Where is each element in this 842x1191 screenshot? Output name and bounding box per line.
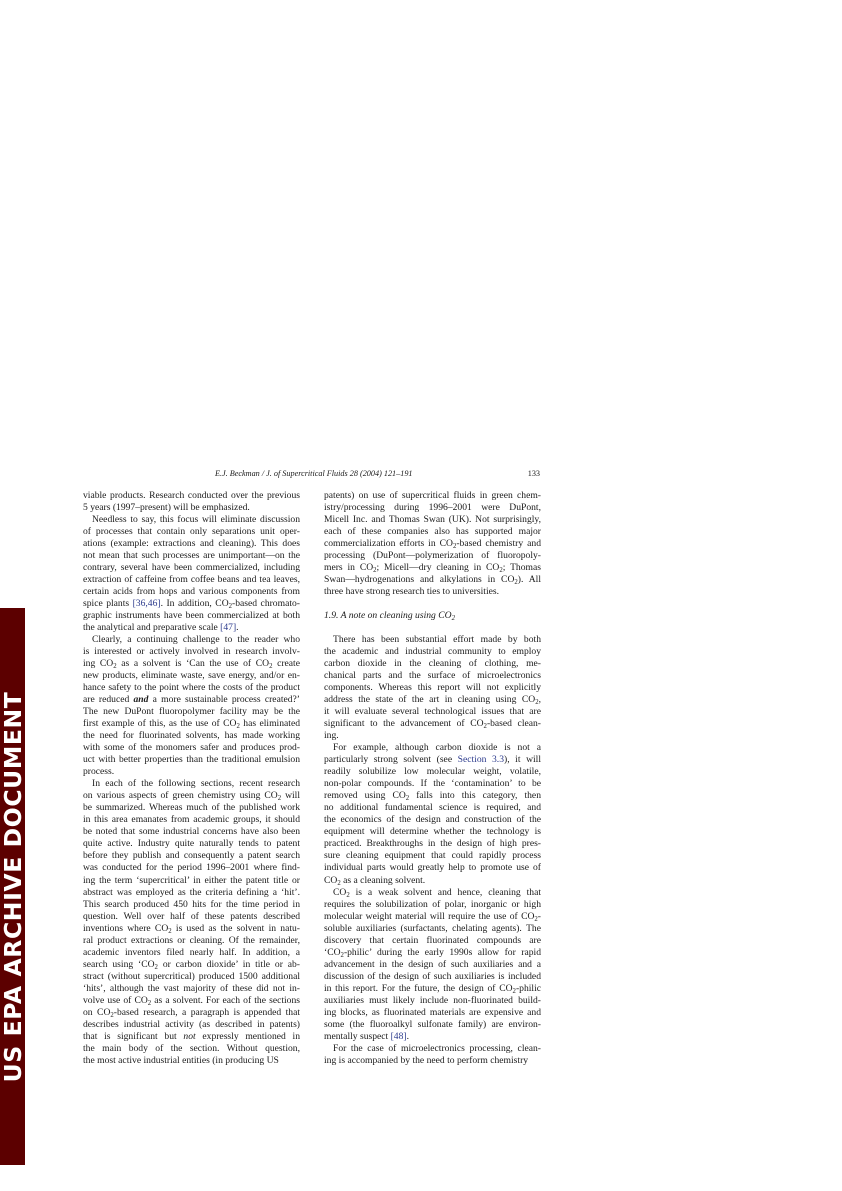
text-line: ing is accompanied by the need to perfor…	[324, 1055, 541, 1067]
text-line: components. Whereas this report will not…	[324, 682, 541, 694]
text-line: particularly strong solvent (see Section…	[324, 754, 541, 766]
text-line: volve use of CO2 as a solvent. For each …	[83, 995, 300, 1007]
text-line: no additional fundamental science is req…	[324, 802, 541, 814]
text-line: certain acids from hops and various comp…	[83, 586, 300, 598]
text-line: ing the term ‘supercritical’ in either t…	[83, 875, 300, 887]
text-line: be summarized. Whereas much of the publi…	[83, 802, 300, 814]
text-line: on CO2-based research, a paragraph is ap…	[83, 1007, 300, 1019]
text-line: with some of the monomers safer and prod…	[83, 742, 300, 754]
text-line: CO2 is a weak solvent and hence, cleanin…	[324, 887, 541, 899]
text-line: This search produced 450 hits for the ti…	[83, 899, 300, 911]
text-line: that is significant but not expressly me…	[83, 1031, 300, 1043]
text-line: CO2 as a cleaning solvent.	[324, 875, 541, 887]
text-line: individual parts would greatly help to p…	[324, 862, 541, 874]
text-line: graphic instruments have been commercial…	[83, 610, 300, 622]
text-line: not mean that such processes are unimpor…	[83, 550, 300, 562]
text-line: removed using CO2 falls into this catego…	[324, 790, 541, 802]
archive-watermark-text: US EPA ARCHIVE DOCUMENT	[0, 691, 27, 1082]
reference-link[interactable]: Section 3.3	[458, 754, 504, 765]
section-heading: 1.9. A note on cleaning using CO2	[324, 610, 541, 622]
spacer	[324, 598, 541, 610]
text-line: requires the solubilization of polar, in…	[324, 899, 541, 911]
text-line: ‘CO2-philic’ during the early 1990s allo…	[324, 947, 541, 959]
text-line: advancement in the design of such auxili…	[324, 959, 541, 971]
text-line: each of these companies also has support…	[324, 526, 541, 538]
text-line: Clearly, a continuing challenge to the r…	[83, 634, 300, 646]
text-line: stract (without supercritical) produced …	[83, 971, 300, 983]
text-line: the most active industrial entities (in …	[83, 1055, 300, 1067]
text-line: are reduced and a more sustainable proce…	[83, 694, 300, 706]
text-line: significant to the advancement of CO2-ba…	[324, 718, 541, 730]
text-line: inventions where CO2 is used as the solv…	[83, 923, 300, 935]
text-line: ing.	[324, 730, 541, 742]
text-line: extraction of caffeine from coffee beans…	[83, 574, 300, 586]
text-line: ‘hits’, although the vast majority of th…	[83, 983, 300, 995]
text-line: discussion of the design of such auxilia…	[324, 971, 541, 983]
text-line: carbon dioxide in the cleaning of clothi…	[324, 658, 541, 670]
journal-citation: E.J. Beckman / J. of Supercritical Fluid…	[215, 469, 413, 478]
text-line: quite active. Industry quite naturally t…	[83, 838, 300, 850]
text-line: abstract was employed as the criteria de…	[83, 887, 300, 899]
text-line: some (the fluoroalkyl sulfonate family) …	[324, 1019, 541, 1031]
archive-watermark-banner: US EPA ARCHIVE DOCUMENT	[0, 608, 25, 1165]
text-line: In each of the following sections, recen…	[83, 778, 300, 790]
text-line: viable products. Research conducted over…	[83, 490, 300, 502]
text-line: ing CO2 as a solvent is ‘Can the use of …	[83, 658, 300, 670]
text-line: address the state of the art in cleaning…	[324, 694, 541, 706]
text-line: the need for fluorinated solvents, has m…	[83, 730, 300, 742]
text-line: soluble auxiliaries (surfactants, chelat…	[324, 923, 541, 935]
text-line: process.	[83, 766, 300, 778]
text-line: ations (example: extractions and cleanin…	[83, 538, 300, 550]
text-line: The new DuPont fluoropolymer facility ma…	[83, 706, 300, 718]
running-head: E.J. Beckman / J. of Supercritical Fluid…	[83, 469, 540, 481]
text-line: the academic and industrial community to…	[324, 646, 541, 658]
reference-link[interactable]: [48]	[391, 1031, 407, 1042]
text-line: question. Well over half of these patent…	[83, 911, 300, 923]
right-column: patents) on use of supercritical fluids …	[324, 490, 541, 1067]
text-line: patents) on use of supercritical fluids …	[324, 490, 541, 502]
text-line: it will evaluate several technological i…	[324, 706, 541, 718]
reference-link[interactable]: [36,46]	[133, 598, 161, 609]
text-line: was conducted for the period 1996–2001 w…	[83, 862, 300, 874]
text-line: academic inventors filed nearly half. In…	[83, 947, 300, 959]
text-line: non-polar compounds. If the ‘contaminati…	[324, 778, 541, 790]
text-line: auxiliaries must likely include non-fluo…	[324, 995, 541, 1007]
text-line: of processes that contain only separatio…	[83, 526, 300, 538]
text-line: hance safety to the point where the cost…	[83, 682, 300, 694]
text-line: processing (DuPont—polymerization of flu…	[324, 550, 541, 562]
text-line: sure cleaning equipment that could rapid…	[324, 850, 541, 862]
text-line: uct with better properties than the trad…	[83, 754, 300, 766]
left-column: viable products. Research conducted over…	[83, 490, 300, 1067]
text-line: new products, eliminate waste, save ener…	[83, 670, 300, 682]
text-line: equipment will determine whether the tec…	[324, 826, 541, 838]
text-line: search using ‘CO2 or carbon dioxide’ in …	[83, 959, 300, 971]
text-line: be noted that some industrial concerns h…	[83, 826, 300, 838]
page-number: 133	[528, 469, 540, 478]
text-line: spice plants [36,46]. In addition, CO2-b…	[83, 598, 300, 610]
text-line: the economics of the design and construc…	[324, 814, 541, 826]
text-line: the main body of the section. Without qu…	[83, 1043, 300, 1055]
text-line: discovery that certain fluorinated compo…	[324, 935, 541, 947]
text-line: 5 years (1997–present) will be emphasize…	[83, 502, 300, 514]
text-line: practiced. Breakthroughs in the design o…	[324, 838, 541, 850]
text-line: in this report. For the future, the desi…	[324, 983, 541, 995]
text-line: in this area emanates from academic grou…	[83, 814, 300, 826]
text-line: mentally suspect [48].	[324, 1031, 541, 1043]
text-line: is interested or actively involved in re…	[83, 646, 300, 658]
text-line: istry/processing during 1996–2001 were D…	[324, 502, 541, 514]
text-line: molecular weight material will require t…	[324, 911, 541, 923]
text-line: chanical parts and the surface of microe…	[324, 670, 541, 682]
text-line: three have strong research ties to unive…	[324, 586, 541, 598]
text-line: For example, although carbon dioxide is …	[324, 742, 541, 754]
text-line: ral product extractions or cleaning. Of …	[83, 935, 300, 947]
reference-link[interactable]: [47]	[220, 622, 236, 633]
text-line: contrary, several have been commercializ…	[83, 562, 300, 574]
text-line: For the case of microelectronics process…	[324, 1043, 541, 1055]
text-line: readily solubilize low molecular weight,…	[324, 766, 541, 778]
text-line: mers in CO2; Micell—dry cleaning in CO2;…	[324, 562, 541, 574]
text-line: on various aspects of green chemistry us…	[83, 790, 300, 802]
text-line: Micell Inc. and Thomas Swan (UK). Not su…	[324, 514, 541, 526]
text-line: the analytical and preparative scale [47…	[83, 622, 300, 634]
text-line: ing blocks, as fluorinated materials are…	[324, 1007, 541, 1019]
text-line: There has been substantial effort made b…	[324, 634, 541, 646]
text-line: Needless to say, this focus will elimina…	[83, 514, 300, 526]
text-line: commercialization efforts in CO2-based c…	[324, 538, 541, 550]
spacer	[324, 622, 541, 634]
text-line: Swan—hydrogenations and alkylations in C…	[324, 574, 541, 586]
text-line: describes industrial activity (as descri…	[83, 1019, 300, 1031]
text-line: before they publish and consequently a p…	[83, 850, 300, 862]
text-line: first example of this, as the use of CO2…	[83, 718, 300, 730]
